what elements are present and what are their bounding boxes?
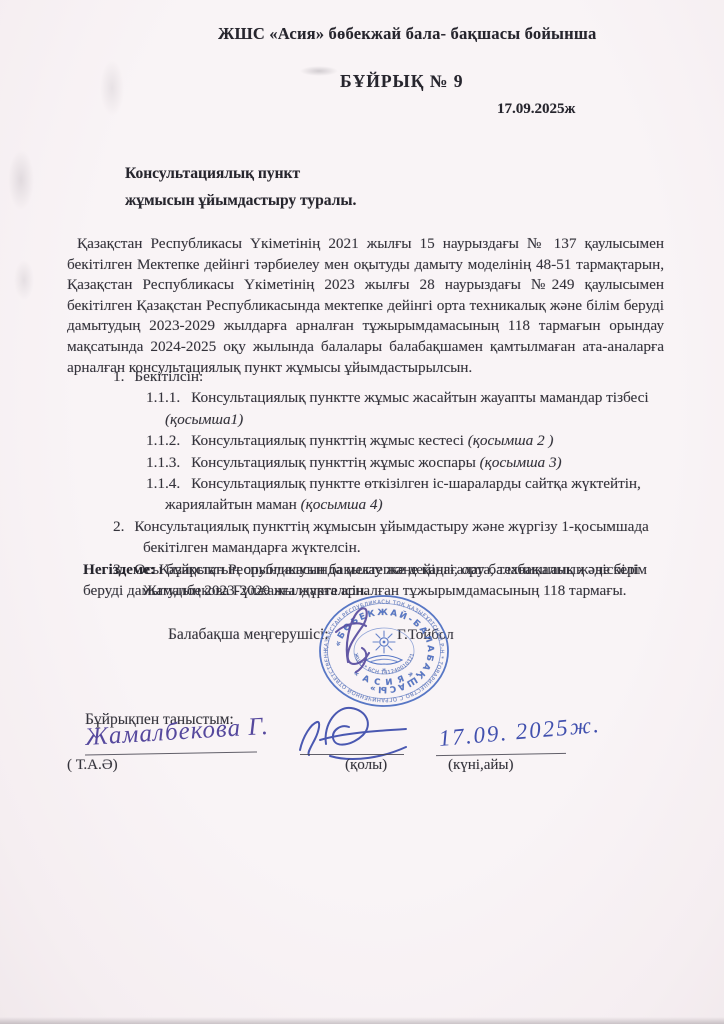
list-item: 1.1.1.Консультациялық пунктте жұмыс жаса… bbox=[146, 387, 680, 430]
list-marker: 1.1.1. bbox=[146, 389, 180, 406]
scan-smudge bbox=[14, 260, 34, 300]
list-annex-ref: (қосымша 4) bbox=[297, 496, 383, 513]
order-subject: Консультациялық пункт жұмысын ұйымдастыр… bbox=[125, 160, 455, 214]
list-annex-ref: (қосымша 3) bbox=[476, 454, 562, 471]
name-underline bbox=[85, 751, 257, 755]
list-annex-ref: (қосымша1) bbox=[165, 411, 243, 428]
list-marker: 1. bbox=[113, 368, 124, 385]
acknowledgement-date-handwritten: 17.09. 2025ж. bbox=[438, 712, 602, 752]
list-text: Консультациялық пунктте жұмыс жасайтын ж… bbox=[191, 389, 648, 406]
basis-lead: Негіздеме: bbox=[83, 561, 155, 578]
list-item: 2.Консультациялық пункттің жұмысын ұйымд… bbox=[113, 516, 683, 559]
list-marker: 1.1.4. bbox=[146, 475, 180, 492]
signature-underline bbox=[300, 754, 404, 755]
scanned-order-page: ЖШС «Асия» бөбекжай бала- бақшасы бойынш… bbox=[0, 0, 724, 1024]
date-underline bbox=[436, 753, 566, 756]
scan-smudge bbox=[8, 150, 34, 210]
order-body-paragraph: Қазақстан Республикасы Үкіметінің 2021 ж… bbox=[67, 234, 664, 378]
list-text: Консультациялық пункттің жұмыс кестесі bbox=[191, 432, 464, 449]
order-title: БҰЙРЫҚ № 9 bbox=[340, 71, 463, 92]
manager-signature bbox=[318, 598, 388, 680]
list-text: Консультациялық пункттің жұмыс жоспары bbox=[191, 454, 476, 471]
order-date: 17.09.2025ж bbox=[497, 101, 575, 118]
field-label-name: ( Т.А.Ә) bbox=[67, 757, 118, 774]
list-marker: 1.1.3. bbox=[146, 454, 180, 471]
list-item: 1.Бекітілсін: bbox=[113, 366, 683, 387]
subject-line-1: Консультациялық пункт bbox=[125, 160, 455, 187]
pencil-mark bbox=[300, 66, 338, 76]
list-item: 1.1.3.Консультациялық пункттің жұмыс жос… bbox=[146, 452, 680, 473]
list-annex-ref: (қосымша 2 ) bbox=[464, 432, 554, 449]
list-item: 1.1.4.Консультациялық пунктте өткізілген… bbox=[146, 473, 680, 516]
field-label-date: (күні,айы) bbox=[448, 757, 514, 774]
manager-signature-label: Балабақша меңгерушісі: bbox=[168, 626, 329, 644]
list-text: Консультациялық пункттің жұмысын ұйымдас… bbox=[134, 518, 648, 556]
scan-smudge bbox=[100, 60, 124, 116]
list-item: 1.1.2.Консультациялық пункттің жұмыс кес… bbox=[146, 430, 680, 451]
field-label-signature: (қолы) bbox=[345, 757, 387, 774]
organization-header: ЖШС «Асия» бөбекжай бала- бақшасы бойынш… bbox=[218, 24, 596, 44]
list-marker: 2. bbox=[113, 518, 124, 535]
list-text: Бекітілсін: bbox=[134, 368, 203, 385]
subject-line-2: жұмысын ұйымдастыру туралы. bbox=[125, 187, 455, 214]
list-marker: 1.1.2. bbox=[146, 432, 180, 449]
list-text: Консультациялық пунктте өткізілген іс-ша… bbox=[165, 475, 641, 513]
